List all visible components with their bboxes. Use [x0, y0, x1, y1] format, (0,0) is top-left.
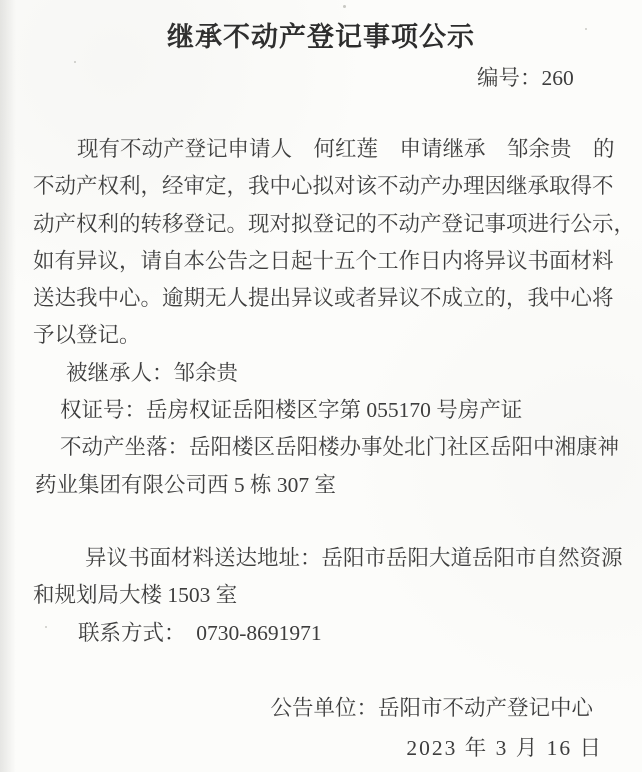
- paragraph-line: 予以登记。: [33, 317, 614, 354]
- objection-address-field: 异议书面材料送达地址：岳阳市岳阳大道岳阳市自然资源: [33, 540, 614, 577]
- decedent-field: 被继承人：邹余贵: [33, 355, 614, 392]
- property-location-field: 不动产坐落：岳阳楼区岳阳楼办事处北门社区岳阳中湘康神: [33, 429, 614, 466]
- issuing-authority: 公告单位：岳阳市不动产登记中心: [270, 690, 593, 727]
- issue-date: 2023 年 3 月 16 日: [406, 730, 603, 767]
- paragraph-line: 动产权利的转移登记。现对拟登记的不动产登记事项进行公示，: [33, 206, 614, 243]
- document-number: 编号：260: [477, 63, 574, 93]
- scanned-notice-page: 继承不动产登记事项公示 编号：260 现有不动产登记申请人 何红莲 申请继承 邹…: [0, 0, 642, 772]
- paragraph-line: 现有不动产登记申请人 何红莲 申请继承 邹余贵 的: [33, 131, 614, 168]
- objection-info: 异议书面材料送达地址：岳阳市岳阳大道岳阳市自然资源 和规划局大楼 1503 室 …: [33, 540, 614, 652]
- contact-phone-field: 联系方式： 0730-8691971: [33, 615, 614, 652]
- document-title: 继承不动产登记事项公示: [0, 20, 642, 54]
- certificate-number-field: 权证号：岳房权证岳阳楼区字第 055170 号房产证: [33, 392, 614, 429]
- property-location-field-wrap: 药业集团有限公司西 5 栋 307 室: [33, 467, 614, 504]
- scan-speck: [343, 5, 346, 8]
- paragraph-line: 不动产权利，经审定，我中心拟对该不动产办理因继承取得不: [33, 168, 614, 205]
- notice-body: 现有不动产登记申请人 何红莲 申请继承 邹余贵 的 不动产权利，经审定，我中心拟…: [33, 131, 614, 504]
- scan-speck: [74, 61, 76, 63]
- paragraph-line: 如有异议，请自本公告之日起十五个工作日内将异议书面材料: [33, 243, 614, 280]
- objection-address-field-wrap: 和规划局大楼 1503 室: [33, 577, 614, 614]
- paragraph-line: 送达我中心。逾期无人提出异议或者异议不成立的，我中心将: [33, 280, 614, 317]
